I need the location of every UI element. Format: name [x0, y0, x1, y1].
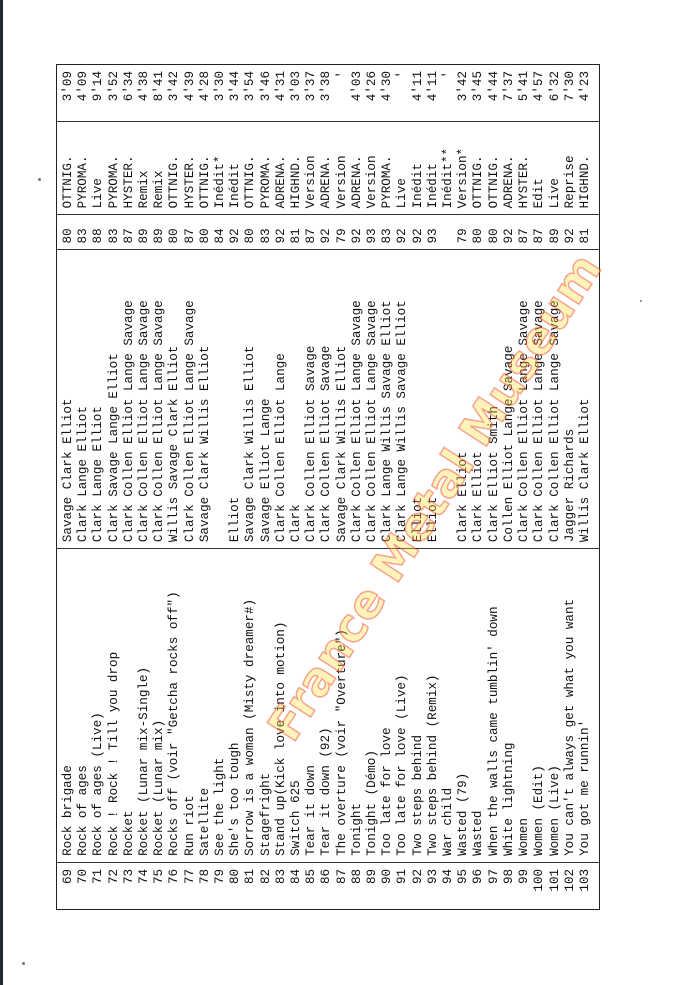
table-row: 82StagefrightSavage Elliot Lange83PYROMA…: [259, 65, 274, 910]
track-authors: Clark: [289, 250, 304, 549]
track-year: 93: [426, 215, 441, 250]
table-row: 70Rock of agesClark Lange Elliot83PYROMA…: [76, 65, 91, 910]
track-year: 87: [304, 215, 319, 250]
track-authors: Savage Clark Elliot: [57, 250, 77, 549]
track-edition: Version: [335, 122, 350, 215]
track-duration: 3'45: [471, 65, 486, 122]
track-edition: OTTNIG.: [167, 122, 182, 215]
track-number: 100: [532, 862, 547, 909]
track-edition: Version*: [456, 122, 471, 215]
track-duration: 4'03: [350, 65, 365, 122]
table-row: 81Sorrow is a woman (Misty dreamer#)Sava…: [243, 65, 258, 910]
track-title: Rocket: [122, 549, 137, 863]
track-title: Switch 625: [289, 549, 304, 863]
table-row: 87The overture (voir "Overture")Savage C…: [335, 65, 350, 910]
track-year: 87: [517, 215, 532, 250]
track-duration: 8'41: [152, 65, 167, 122]
track-duration: 3'09: [57, 65, 77, 122]
track-edition: Reprise: [563, 122, 578, 215]
track-edition: ADRENA.: [502, 122, 517, 215]
table-row: 78SatelliteSavage Clark Willis Elliot80O…: [198, 65, 213, 910]
track-duration: 3'46: [259, 65, 274, 122]
track-duration: ': [395, 65, 410, 122]
track-number: 74: [137, 862, 152, 909]
track-duration: 3'37: [304, 65, 319, 122]
track-edition: HIGHND.: [578, 122, 593, 215]
track-number: 86: [319, 862, 334, 909]
table-row: 92Two steps behindElliot92Inédit4'11: [411, 65, 426, 910]
track-duration: 3'54: [243, 65, 258, 122]
table-row: 77Run riotClark Collen Elliot Lange Sava…: [183, 65, 198, 910]
track-title: Rocks off (voir "Getcha rocks off"): [167, 549, 182, 863]
table-row: 86Tear it down (92)Clark Collen Elliot S…: [319, 65, 334, 910]
table-row: 75Rocket (Lunar mix)Clark Collen Elliot …: [152, 65, 167, 910]
track-year: 80: [167, 215, 182, 250]
track-edition: HIGHND.: [289, 122, 304, 215]
track-authors: Clark Collen Elliot Lange Savage: [183, 250, 198, 549]
track-edition: Live: [548, 122, 563, 215]
track-edition: OTTNIG.: [198, 122, 213, 215]
table-row: 71Rock of ages (Live)Clark Lange Elliot8…: [91, 65, 106, 910]
track-number: 87: [335, 862, 350, 909]
track-duration: 4'38: [137, 65, 152, 122]
track-title: Wasted (79): [456, 549, 471, 863]
track-authors: Willis Savage Clark Elliot: [167, 250, 182, 549]
track-number: 99: [517, 862, 532, 909]
track-year: 93: [365, 215, 380, 250]
table-row: 79See the light84Inédit*3'30: [213, 65, 228, 910]
track-number: 95: [456, 862, 471, 909]
track-year: 89: [137, 215, 152, 250]
track-title: Rock ! Rock ! Till you drop: [107, 549, 122, 863]
track-year: 89: [548, 215, 563, 250]
track-authors: Elliot: [411, 250, 426, 549]
scan-speck: [22, 962, 25, 965]
table-row: 96WastedClark Elliot80OTTNIG.3'45: [471, 65, 486, 910]
track-year: 92: [502, 215, 517, 250]
track-title: Satellite: [198, 549, 213, 863]
table-row: 80She's too toughElliot92Inédit3'44: [228, 65, 243, 910]
track-number: 71: [91, 862, 106, 909]
track-edition: PYROMA.: [259, 122, 274, 215]
track-year: 83: [380, 215, 395, 250]
track-year: 81: [289, 215, 304, 250]
track-duration: ': [335, 65, 350, 122]
track-title: Women (Edit): [532, 549, 547, 863]
track-duration: 4'09: [76, 65, 91, 122]
track-edition: Live: [395, 122, 410, 215]
track-year: 92: [411, 215, 426, 250]
track-authors: Clark Lange Elliot: [76, 250, 91, 549]
track-authors: Elliot: [228, 250, 243, 549]
table-row: 102You can't always get what you wantJag…: [563, 65, 578, 910]
track-table: 69Rock brigadeSavage Clark Elliot80OTTNI…: [56, 64, 600, 910]
track-duration: 4'57: [532, 65, 547, 122]
track-number: 72: [107, 862, 122, 909]
table-row: 89Tonight (Démo)Clark Collen Elliot Lang…: [365, 65, 380, 910]
track-edition: ADRENA.: [319, 122, 334, 215]
scan-speck: [640, 300, 642, 302]
track-edition: Inédit: [411, 122, 426, 215]
track-year: 92: [563, 215, 578, 250]
track-title: Too late for love: [380, 549, 395, 863]
table-row: 94War childInédit**': [441, 65, 456, 910]
track-duration: 4'28: [198, 65, 213, 122]
table-row: 98White lightningCollen Elliot Lange Sav…: [502, 65, 517, 910]
track-title: Rocket (Lunar mix): [152, 549, 167, 863]
track-edition: Inédit: [228, 122, 243, 215]
track-year: 80: [471, 215, 486, 250]
track-number: 88: [350, 862, 365, 909]
track-edition: ADRENA.: [350, 122, 365, 215]
scan-edge: [0, 0, 3, 985]
track-title: You can't always get what you want: [563, 549, 578, 863]
track-edition: OTTNIG.: [487, 122, 502, 215]
track-duration: 4'31: [274, 65, 289, 122]
table-row: 99WomenClark Collen Elliot Lange Savage8…: [517, 65, 532, 910]
track-title: You got me runnin': [578, 549, 593, 863]
track-number: 101: [548, 862, 563, 909]
track-number: 94: [441, 862, 456, 909]
track-year: 89: [152, 215, 167, 250]
track-number: 98: [502, 862, 517, 909]
table-row: 101Women (Live)Clark Collen Elliot Lange…: [548, 65, 563, 910]
track-number: 83: [274, 862, 289, 909]
track-authors: Clark Collen Elliot Savage: [319, 250, 334, 549]
track-title: Run riot: [183, 549, 198, 863]
track-title: She's too tough: [228, 549, 243, 863]
table-row: 100Women (Edit)Clark Collen Elliot Lange…: [532, 65, 547, 910]
track-authors: Clark Savage Lange Elliot: [107, 250, 122, 549]
track-year: 80: [243, 215, 258, 250]
track-year: 88: [91, 215, 106, 250]
track-year: 87: [122, 215, 137, 250]
table-row: 88TonightClark Collen Elliot Lange Savag…: [350, 65, 365, 910]
track-duration: 3'44: [228, 65, 243, 122]
track-authors: Savage Elliot Lange: [259, 250, 274, 549]
track-title: War child: [441, 549, 456, 863]
track-title: Two steps behind (Remix): [426, 549, 441, 863]
track-authors: Clark Collen Elliot Lange Savage: [152, 250, 167, 549]
table-row: 93Two steps behind (Remix)Elliot93Inédit…: [426, 65, 441, 910]
track-year: 92: [395, 215, 410, 250]
track-year: 83: [107, 215, 122, 250]
track-number: 73: [122, 862, 137, 909]
track-authors: Willis Clark Elliot: [578, 250, 593, 549]
track-number: 82: [259, 862, 274, 909]
track-year: 80: [487, 215, 502, 250]
track-authors: Savage Clark Willis Elliot: [198, 250, 213, 549]
track-number: 89: [365, 862, 380, 909]
track-edition: ADRENA.: [274, 122, 289, 215]
track-number: 78: [198, 862, 213, 909]
track-edition: OTTNIG.: [243, 122, 258, 215]
track-duration: 4'11: [411, 65, 426, 122]
track-number: 96: [471, 862, 486, 909]
table-row: 91Too late for love (Live)Clark Lange Wi…: [395, 65, 410, 910]
track-edition: HYSTER.: [517, 122, 532, 215]
track-year: 80: [198, 215, 213, 250]
track-authors: Clark Collen Elliot Lange Savage: [122, 250, 137, 549]
track-authors: [213, 250, 228, 549]
track-year: 81: [578, 215, 593, 250]
track-duration: 5'41: [517, 65, 532, 122]
track-year: [441, 215, 456, 250]
track-edition: OTTNIG.: [57, 122, 77, 215]
track-year: 79: [335, 215, 350, 250]
track-authors: Clark Collen Elliot Lange Savage: [548, 250, 563, 549]
track-duration: 4'44: [487, 65, 502, 122]
track-authors: Clark Collen Elliot Lange: [274, 250, 289, 549]
table-row: 85Tear it downClark Collen Elliot Savage…: [304, 65, 319, 910]
track-duration: 7'30: [563, 65, 578, 122]
track-edition: Inédit**: [441, 122, 456, 215]
track-number: 103: [578, 862, 593, 909]
track-title: Tonight (Démo): [365, 549, 380, 863]
track-duration: 3'52: [107, 65, 122, 122]
track-duration: 3'03: [289, 65, 304, 122]
track-number: 93: [426, 862, 441, 909]
track-title: Rocket (Lunar mix-Single): [137, 549, 152, 863]
track-title: Tear it down (92): [319, 549, 334, 863]
table-row: 76Rocks off (voir "Getcha rocks off")Wil…: [167, 65, 182, 910]
track-edition: PYROMA.: [107, 122, 122, 215]
table-row: 73RocketClark Collen Elliot Lange Savage…: [122, 65, 137, 910]
track-number: 97: [487, 862, 502, 909]
track-authors: Clark Lange Willis Savage Elliot: [395, 250, 410, 549]
track-year: 79: [456, 215, 471, 250]
track-title: When the walls came tumblin' down: [487, 549, 502, 863]
track-duration: 6'32: [548, 65, 563, 122]
track-edition: OTTNIG.: [471, 122, 486, 215]
track-authors: Savage Clark Willis Elliot: [243, 250, 258, 549]
track-duration: 4'26: [365, 65, 380, 122]
track-year: 80: [57, 215, 77, 250]
track-edition: PYROMA.: [76, 122, 91, 215]
scan-speck: [38, 178, 41, 181]
track-duration: 6'34: [122, 65, 137, 122]
track-duration: 4'30: [380, 65, 395, 122]
table-row: 103You got me runnin'Willis Clark Elliot…: [578, 65, 593, 910]
track-year: 92: [350, 215, 365, 250]
track-edition: Edit: [532, 122, 547, 215]
track-authors: Clark Collen Elliot Lange Savage: [517, 250, 532, 549]
table-row: 97When the walls came tumblin' downClark…: [487, 65, 502, 910]
track-edition: Live: [91, 122, 106, 215]
track-number: 70: [76, 862, 91, 909]
track-authors: Clark Collen Elliot Lange Savage: [365, 250, 380, 549]
track-title: Rock brigade: [57, 549, 77, 863]
track-authors: [441, 250, 456, 549]
track-year: 87: [183, 215, 198, 250]
track-number: 92: [411, 862, 426, 909]
table-row: 74Rocket (Lunar mix-Single)Clark Collen …: [137, 65, 152, 910]
track-title: Tonight: [350, 549, 365, 863]
track-number: 84: [289, 862, 304, 909]
track-number: 90: [380, 862, 395, 909]
track-authors: Clark Elliot: [456, 250, 471, 549]
track-authors: Clark Lange Willis Savage Elliot: [380, 250, 395, 549]
track-year: 92: [319, 215, 334, 250]
track-authors: Clark Lange Elliot: [91, 250, 106, 549]
track-title: Two steps behind: [411, 549, 426, 863]
table-filler: [593, 65, 599, 910]
track-number: 76: [167, 862, 182, 909]
track-authors: Clark Collen Elliot Lange Savage: [137, 250, 152, 549]
track-edition: Inédit: [426, 122, 441, 215]
track-title: Tear it down: [304, 549, 319, 863]
track-number: 80: [228, 862, 243, 909]
track-number: 77: [183, 862, 198, 909]
track-authors: Collen Elliot Lange Savage: [502, 250, 517, 549]
track-number: 75: [152, 862, 167, 909]
track-authors: Savage Clark Willis Elliot: [335, 250, 350, 549]
track-year: 92: [274, 215, 289, 250]
track-authors: Clark Collen Elliot Lange Savage: [350, 250, 365, 549]
track-edition: Version: [365, 122, 380, 215]
track-number: 102: [563, 862, 578, 909]
track-authors: Clark Elliot Smith: [487, 250, 502, 549]
track-authors: Clark Collen Elliot Savage: [304, 250, 319, 549]
track-title: Too late for love (Live): [395, 549, 410, 863]
track-title: Stand up(Kick love into motion): [274, 549, 289, 863]
track-duration: 3'42: [456, 65, 471, 122]
track-edition: HYSTER.: [122, 122, 137, 215]
track-title: Rock of ages (Live): [91, 549, 106, 863]
table-row: 83Stand up(Kick love into motion)Clark C…: [274, 65, 289, 910]
track-authors: Clark Elliot: [471, 250, 486, 549]
track-title: Women: [517, 549, 532, 863]
table-row: 95Wasted (79)Clark Elliot79Version*3'42: [456, 65, 471, 910]
track-title: The overture (voir "Overture"): [335, 549, 350, 863]
track-edition: HYSTER.: [183, 122, 198, 215]
track-title: See the light: [213, 549, 228, 863]
track-number: 91: [395, 862, 410, 909]
track-year: 87: [532, 215, 547, 250]
track-duration: ': [441, 65, 456, 122]
track-year: 84: [213, 215, 228, 250]
track-edition: Inédit*: [213, 122, 228, 215]
table-row: 72Rock ! Rock ! Till you dropClark Savag…: [107, 65, 122, 910]
track-edition: Version: [304, 122, 319, 215]
track-title: Stagefright: [259, 549, 274, 863]
track-number: 85: [304, 862, 319, 909]
track-duration: 3'38: [319, 65, 334, 122]
track-edition: Remix: [137, 122, 152, 215]
track-edition: PYROMA.: [380, 122, 395, 215]
track-duration: 7'37: [502, 65, 517, 122]
track-duration: 4'23: [578, 65, 593, 122]
track-duration: 4'39: [183, 65, 198, 122]
track-duration: 4'11: [426, 65, 441, 122]
track-duration: 3'42: [167, 65, 182, 122]
track-authors: Clark Collen Elliot Lange Savage: [532, 250, 547, 549]
track-title: Women (Live): [548, 549, 563, 863]
table-row: 90Too late for loveClark Lange Willis Sa…: [380, 65, 395, 910]
rotated-page: 69Rock brigadeSavage Clark Elliot80OTTNI…: [56, 64, 600, 910]
track-duration: 3'30: [213, 65, 228, 122]
track-authors: Elliot: [426, 250, 441, 549]
track-year: 83: [76, 215, 91, 250]
table-row: 84Switch 625Clark81HIGHND.3'03: [289, 65, 304, 910]
track-number: 79: [213, 862, 228, 909]
track-title: Sorrow is a woman (Misty dreamer#): [243, 549, 258, 863]
track-title: Rock of ages: [76, 549, 91, 863]
track-number: 69: [57, 862, 77, 909]
track-title: White lightning: [502, 549, 517, 863]
track-authors: Jagger Richards: [563, 250, 578, 549]
track-duration: 9'14: [91, 65, 106, 122]
track-number: 81: [243, 862, 258, 909]
table-row: 69Rock brigadeSavage Clark Elliot80OTTNI…: [57, 65, 77, 910]
track-year: 83: [259, 215, 274, 250]
track-year: 92: [228, 215, 243, 250]
track-title: Wasted: [471, 549, 486, 863]
track-edition: Remix: [152, 122, 167, 215]
